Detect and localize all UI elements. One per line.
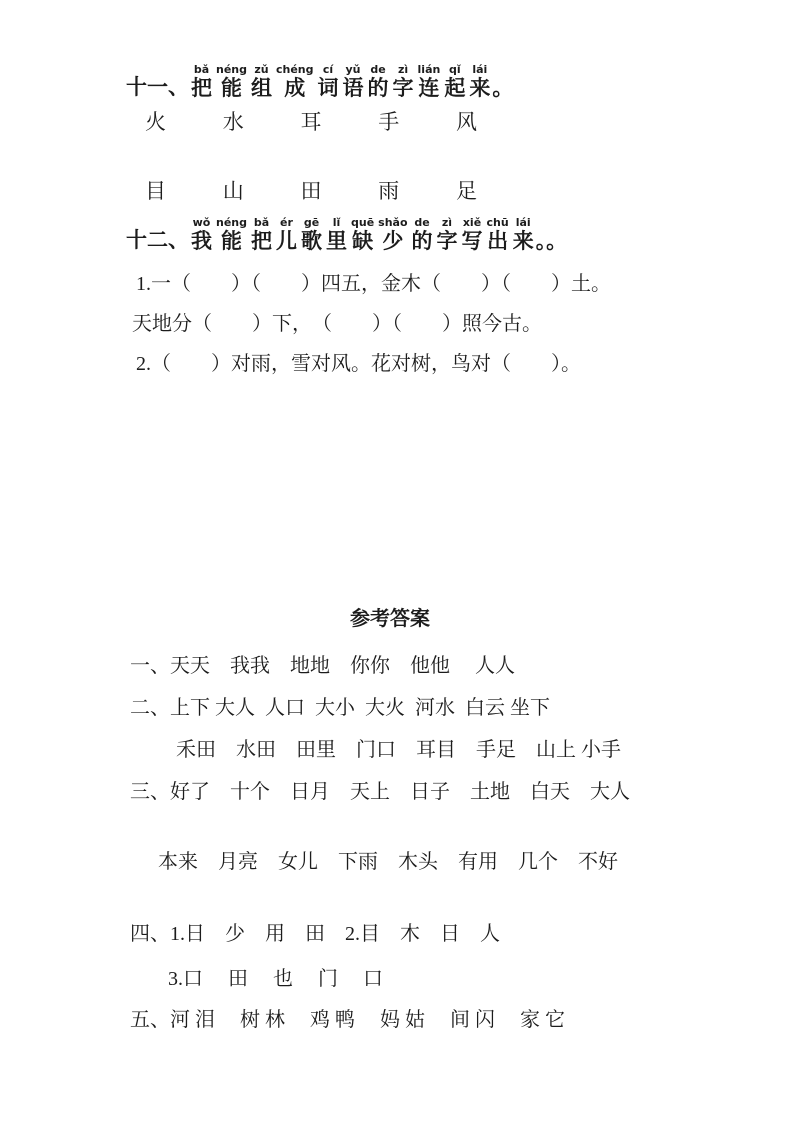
pinyin: wǒ [191,216,212,229]
hanzi: 起 [444,76,465,100]
title-character: 能néng [216,229,247,253]
answer-line-2-continued: 禾田 水田 田里 门口 耳目 手足 山上 小手 [176,739,621,761]
hanzi: 字 [393,76,414,100]
match-character: 足 [456,181,477,202]
pinyin: shǎo [378,216,407,229]
hanzi: 出 [487,229,509,253]
answers-title: 参考答案 [0,608,780,628]
hanzi: 儿 [276,229,297,253]
match-character: 火 [145,112,166,133]
hanzi: 词 [318,76,339,100]
hanzi: 语 [343,76,364,100]
pinyin: zǔ [251,63,272,76]
title-character: 歌gē [301,229,322,253]
hanzi: 组 [251,76,272,100]
pinyin: lái [513,216,534,229]
fill-blank-line-3: 2.（ ）对雨，雪对风。花对树，鸟对（ ）。 [136,353,581,375]
title-character: 写xiě [462,229,483,253]
pinyin: qǐ [444,63,465,76]
hanzi: 把 [251,229,272,253]
answer-line-3: 三、好了 十个 日月 天上 日子 土地 白天 大人 [130,781,630,803]
pinyin: lái [469,63,490,76]
hanzi: 写 [462,229,483,253]
pinyin: de [368,63,389,76]
match-row-top: 火水耳手风 [145,112,477,133]
title-character: 字zì [393,76,414,100]
hanzi: 少 [378,229,407,253]
fill-blank-line-1: 1.一（ ）（ ）四五，金木（ ）（ ）土。 [136,273,611,295]
pinyin: lián [418,63,441,76]
match-character: 山 [223,181,244,202]
answer-line-4-continued: 3.口 田 也 门 口 [168,968,383,990]
title-character: 把bǎ [251,229,272,253]
pinyin: zì [393,63,414,76]
answer-line-4: 四、1.日 少 用 田 2.目 木 日 人 [130,923,500,945]
title-character: 成chéng [276,76,314,100]
hanzi: 我 [191,229,212,253]
title-character: 能néng [216,76,247,100]
hanzi: 缺 [351,229,374,253]
hanzi: 能 [216,229,247,253]
hanzi: 连 [418,76,441,100]
pinyin: quē [351,216,374,229]
pinyin: gē [301,216,322,229]
title-character: 字zì [437,229,458,253]
hanzi: 来 [513,229,534,253]
answer-line-1: 一、天天 我我 地地 你你 他他 人人 [130,655,515,677]
title-character: 儿ér [276,229,297,253]
section-12-heading: 十二、我wǒ能néng把bǎ儿ér歌gē里lǐ缺quē少shǎo的de字zì写x… [126,217,567,252]
title-character: 出chū [487,229,509,253]
pinyin: chū [487,216,509,229]
section-11-title-with-pinyin: 把bǎ能néng组zǔ成chéng词cí语yǔ的de字zì连lián起qǐ来lá… [189,76,492,100]
section-11-heading: 十一、把bǎ能néng组zǔ成chéng词cí语yǔ的de字zì连lián起qǐ… [126,64,513,99]
hanzi: 把 [191,76,212,100]
title-character: 来lái [469,76,490,100]
section-12-title-with-pinyin: 我wǒ能néng把bǎ儿ér歌gē里lǐ缺quē少shǎo的de字zì写xiě出… [189,229,536,253]
pinyin: de [412,216,433,229]
pinyin: bǎ [251,216,272,229]
section-12-title-period: 。。 [536,229,568,253]
fill-blank-line-2: 天地分（ ）下， （ ）（ ）照今古。 [132,313,542,335]
pinyin: néng [216,216,247,229]
hanzi: 来 [469,76,490,100]
title-character: 把bǎ [191,76,212,100]
title-character: 少shǎo [378,229,407,253]
answer-line-2: 二、上下 大人 人口 大小 大火 河水 白云 坐下 [130,697,550,719]
match-character: 目 [145,181,166,202]
hanzi: 歌 [301,229,322,253]
pinyin: cí [318,63,339,76]
title-character: 连lián [418,76,441,100]
answer-line-5: 五、河 泪 树 林 鸡 鸭 妈 姑 间 闪 家 它 [130,1009,565,1031]
title-character: 的de [368,76,389,100]
pinyin: néng [216,63,247,76]
hanzi: 能 [216,76,247,100]
title-character: 我wǒ [191,229,212,253]
hanzi: 成 [276,76,314,100]
match-character: 田 [301,181,322,202]
pinyin: yǔ [343,63,364,76]
match-character: 风 [456,112,477,133]
match-character: 耳 [301,112,322,133]
title-character: 来lái [513,229,534,253]
match-row-bottom: 目山田雨足 [145,181,477,202]
section-11-number: 十一、 [126,77,189,99]
answer-line-3-continued: 本来 月亮 女儿 下雨 木头 有用 几个 不好 [158,851,618,873]
pinyin: ér [276,216,297,229]
section-12-number: 十二、 [126,230,189,252]
match-character: 水 [223,112,244,133]
title-character: 起qǐ [444,76,465,100]
hanzi: 里 [326,229,347,253]
match-character: 手 [378,112,399,133]
worksheet-page: 十一、把bǎ能néng组zǔ成chéng词cí语yǔ的de字zì连lián起qǐ… [0,0,793,1122]
pinyin: chéng [276,63,314,76]
title-character: 里lǐ [326,229,347,253]
title-character: 语yǔ [343,76,364,100]
title-character: 组zǔ [251,76,272,100]
title-character: 缺quē [351,229,374,253]
title-character: 词cí [318,76,339,100]
pinyin: zì [437,216,458,229]
section-11-title-period: 。 [492,76,513,100]
hanzi: 字 [437,229,458,253]
title-character: 的de [412,229,433,253]
match-character: 雨 [378,181,399,202]
pinyin: lǐ [326,216,347,229]
hanzi: 的 [412,229,433,253]
pinyin: xiě [462,216,483,229]
pinyin: bǎ [191,63,212,76]
hanzi: 的 [368,76,389,100]
